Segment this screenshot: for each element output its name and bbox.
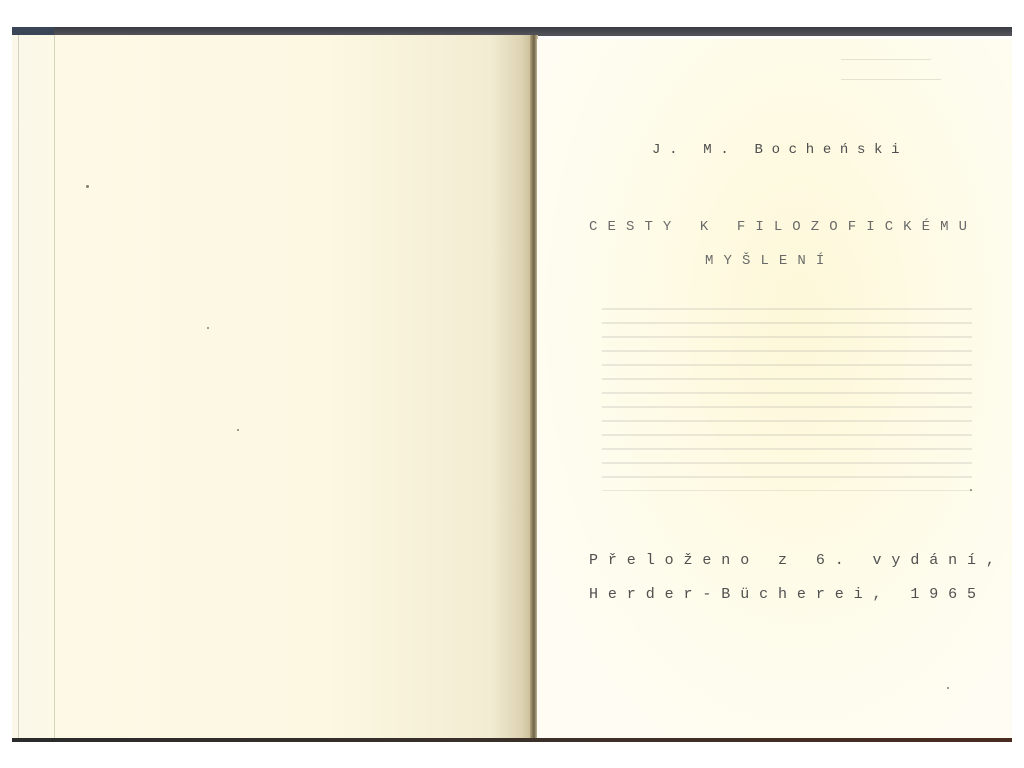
- book-title-line-1: CESTY K FILOZOFICKÉMU: [589, 219, 977, 235]
- paper-speck: [86, 185, 89, 188]
- page-edge-line: [54, 35, 55, 738]
- handwritten-pencil-note: [837, 45, 947, 95]
- publisher-and-year: Herder-Bücherei, 1965: [589, 586, 986, 603]
- bleed-through-text-from-reverse: [602, 301, 972, 491]
- paper-speck: [237, 429, 239, 431]
- translation-note: Přeloženo z 6. vydání,: [589, 552, 1005, 569]
- paper-speck: [970, 489, 972, 491]
- book-title-line-2: MYŠLENÍ: [705, 253, 834, 269]
- page-edge-line: [18, 35, 19, 738]
- book-cover-bottom-edge: [12, 738, 1012, 742]
- right-page-title-page: J. M. Bocheński CESTY K FILOZOFICKÉMU MY…: [537, 39, 1012, 738]
- author-name: J. M. Bocheński: [652, 142, 908, 158]
- paper-speck: [947, 687, 949, 689]
- open-book: J. M. Bocheński CESTY K FILOZOFICKÉMU MY…: [12, 27, 1012, 742]
- paper-speck: [207, 327, 209, 329]
- left-page-blank: [12, 35, 532, 738]
